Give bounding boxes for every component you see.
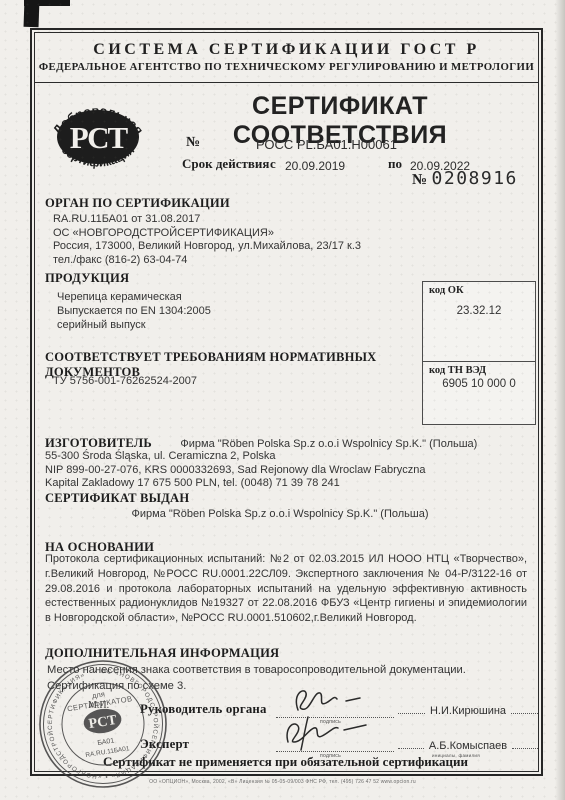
- scan-corner-artifact: [24, 0, 70, 6]
- product-line: серийный выпуск: [57, 318, 407, 332]
- expert-name: А.Б.Комыспаев: [424, 740, 512, 752]
- product-lines: Черепица керамическая Выпускается по EN …: [57, 290, 407, 333]
- head-signature: [284, 686, 376, 716]
- scan-edge-shadow: [555, 0, 565, 800]
- head-name-row: Н.И.Кирюшина: [398, 701, 538, 717]
- product-line: Выпускается по EN 1304:2005: [57, 304, 407, 318]
- ok-code-label: код ОК: [423, 282, 535, 296]
- validity-to-label: по: [388, 156, 402, 172]
- organ-line: RA.RU.11БА01 от 31.08.2017: [53, 213, 503, 227]
- organ-line: Россия, 173000, Великий Новгород, ул.Мих…: [53, 240, 503, 254]
- expert-signature-line: [276, 713, 394, 752]
- head-name: Н.И.Кирюшина: [425, 705, 511, 717]
- tnved-code-value: 6905 10 000 0: [423, 378, 535, 390]
- ok-code-value: 23.32.12: [423, 305, 535, 317]
- issued-section-label: СЕРТИФИКАТ ВЫДАН: [45, 491, 189, 506]
- organ-line: ОС «НОВГОРОДСТРОЙСЕРТИФИКАЦИЯ»: [53, 227, 503, 241]
- certificate-header: СИСТЕМА СЕРТИФИКАЦИИ ГОСТ Р ФЕДЕРАЛЬНОЕ …: [35, 33, 538, 83]
- organ-line: тел./факс (816-2) 63-04-74: [53, 254, 503, 268]
- certification-round-stamp: • ОС «НОВГОРОДСТРОЙСЕРТИФИКАЦИЯ» • «НОВГ…: [26, 644, 180, 800]
- certificate-page: СИСТЕМА СЕРТИФИКАЦИИ ГОСТ Р ФЕДЕРАЛЬНОЕ …: [0, 0, 565, 800]
- product-section-label: ПРОДУКЦИЯ: [45, 271, 129, 286]
- conformity-document: ТУ 5756-001-76262524-2007: [53, 375, 197, 389]
- form-number: 0208916: [432, 168, 518, 189]
- basis-text: Протокола сертификационных испытаний: №2…: [45, 552, 527, 626]
- expert-signature: [278, 713, 378, 753]
- ok-code-box: код ОК 23.32.12: [422, 281, 536, 362]
- manufacturer-line: NIP 899-00-27-076, KRS 0000332693, Sad R…: [45, 464, 515, 478]
- logo-mark-letters: РСТ: [70, 120, 129, 155]
- manufacturer-line: Kapital Zakladowy 17 675 500 PLN, tel. (…: [45, 477, 515, 491]
- product-line: Черепица керамическая: [57, 290, 407, 304]
- form-number-label: №: [412, 172, 427, 188]
- rst-voluntary-certification-logo-icon: Добровольная сертификация РСТ: [42, 86, 154, 188]
- tnved-code-box: код ТН ВЭД 6905 10 000 0: [422, 361, 536, 425]
- tnved-code-label: код ТН ВЭД: [423, 362, 535, 376]
- agency-title: ФЕДЕРАЛЬНОЕ АГЕНТСТВО ПО ТЕХНИЧЕСКОМУ РЕ…: [35, 61, 538, 73]
- manufacturer-lines: 55-300 Środa Śląska, ul. Ceramiczna 2, P…: [45, 450, 515, 491]
- organ-section-lines: RA.RU.11БА01 от 31.08.2017 ОС «НОВГОРОДС…: [53, 213, 503, 267]
- certificate-number: РОСС PL.БА01.H00061: [256, 137, 397, 152]
- issued-to-name: Фирма "Röben Polska Sp.z o.o.i Wspolnicy…: [45, 508, 515, 522]
- manufacturer-line: 55-300 Środa Śląska, ul. Ceramiczna 2, P…: [45, 450, 515, 464]
- valid-from-date: 20.09.2019: [285, 159, 345, 173]
- validity-from-label: с: [270, 156, 276, 172]
- stamp-code-2: RA.RU.11БА01: [85, 745, 130, 759]
- manufacturer-name: Фирма "Röben Polska Sp.z o.o.i Wspolnicy…: [180, 438, 477, 450]
- expert-name-row: А.Б.Комыспаев: [398, 736, 538, 752]
- form-number-row: № 0208916: [412, 168, 518, 189]
- validity-label: Срок действия: [182, 156, 269, 172]
- organ-section-label: ОРГАН ПО СЕРТИФИКАЦИИ: [45, 196, 230, 211]
- stamp-code-1: БА01: [97, 737, 115, 747]
- system-title: СИСТЕМА СЕРТИФИКАЦИИ ГОСТ Р: [35, 41, 538, 59]
- number-label: №: [186, 135, 200, 151]
- manufacturer-section-label: ИЗГОТОВИТЕЛЬ: [45, 436, 152, 450]
